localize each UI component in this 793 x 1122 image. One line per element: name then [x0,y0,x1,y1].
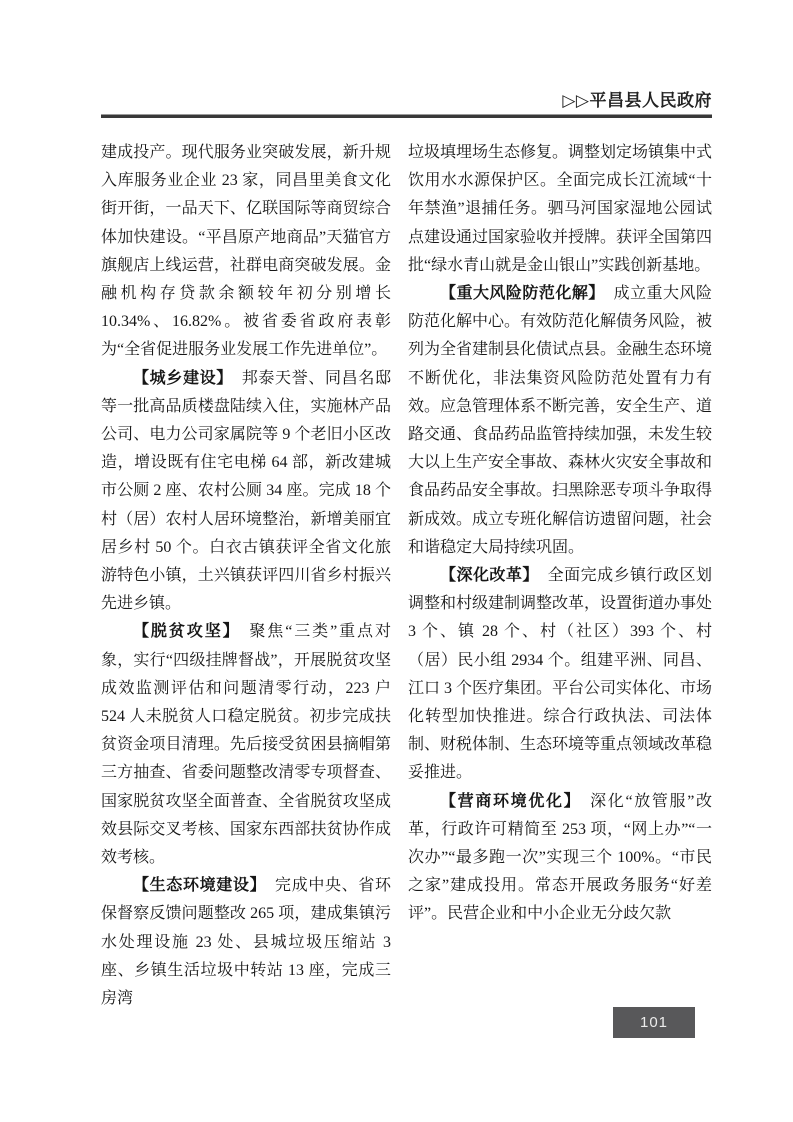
left-column: 建成投产。现代服务业突破发展，新升规入库服务业企业 23 家，同昌里美食文化街开… [101,139,391,1013]
paragraph: 【深化改革】全面完成乡镇行政区划调整和村级建制调整改革，设置街道办事处 3 个、… [408,562,712,788]
header-title: ▷▷平昌县人民政府 [562,91,712,110]
section-heading: 【深化改革】 [440,567,539,584]
page-header: ▷▷平昌县人民政府 [101,90,712,112]
right-column: 垃圾填埋场生态修复。调整划定场镇集中式饮用水水源保护区。全面完成长江流域“十年禁… [408,139,712,1013]
paragraph: 【重大风险防范化解】成立重大风险防范化解中心。有效防范化解债务风险，被列为全省建… [408,280,712,562]
paragraph: 【城乡建设】邦泰天誉、同昌名邸等一批高品质楼盘陆续入住，实施林产品公司、电力公司… [101,365,391,619]
paragraph: 【生态环境建设】完成中央、省环保督察反馈问题整改 265 项，建成集镇污水处理设… [101,872,391,1013]
document-page: ▷▷平昌县人民政府 建成投产。现代服务业突破发展，新升规入库服务业企业 23 家… [0,0,793,1122]
section-heading: 【重大风险防范化解】 [440,285,605,302]
page-number: 101 [640,1014,668,1031]
header-rule [101,114,712,118]
paragraph: 建成投产。现代服务业突破发展，新升规入库服务业企业 23 家，同昌里美食文化街开… [101,139,391,365]
section-heading: 【营商环境优化】 [440,793,581,810]
paragraph: 垃圾填埋场生态修复。调整划定场镇集中式饮用水水源保护区。全面完成长江流域“十年禁… [408,139,712,280]
content-columns: 建成投产。现代服务业突破发展，新升规入库服务业企业 23 家，同昌里美食文化街开… [101,139,712,1013]
paragraph: 【脱贫攻坚】聚焦“三类”重点对象，实行“四级挂牌督战”，开展脱贫攻坚成效监测评估… [101,618,391,872]
paragraph: 【营商环境优化】深化“放管服”改革，行政许可精简至 253 项，“网上办”“一次… [408,788,712,929]
section-heading: 【脱贫攻坚】 [133,623,241,640]
section-heading: 【生态环境建设】 [133,877,266,894]
section-heading: 【城乡建设】 [133,370,233,387]
page-number-badge: 101 [613,1007,695,1038]
